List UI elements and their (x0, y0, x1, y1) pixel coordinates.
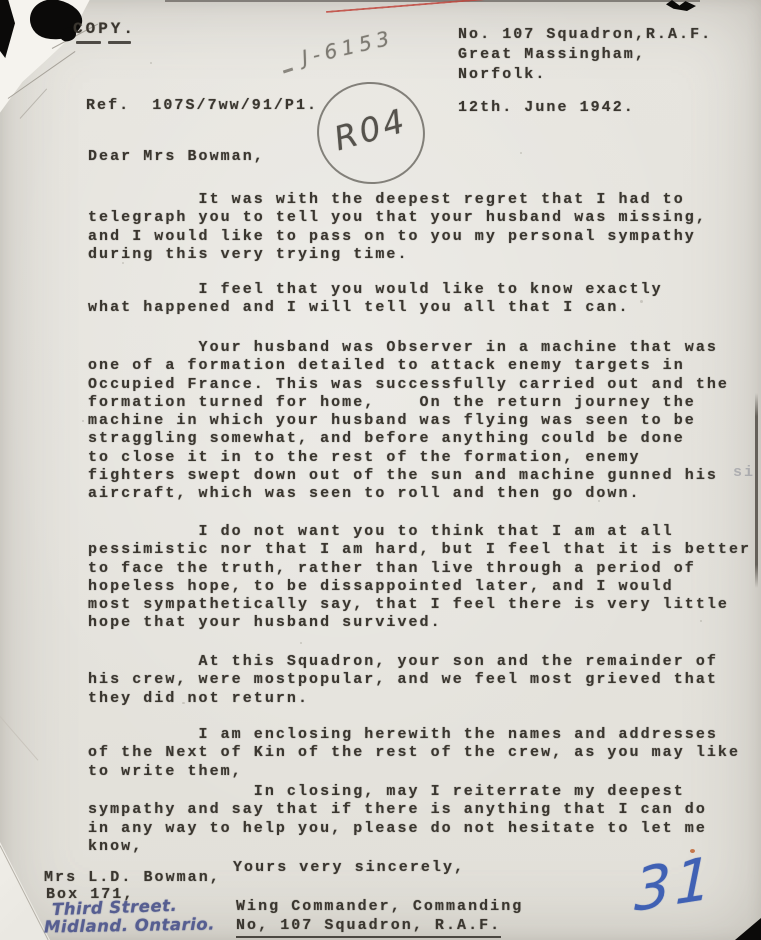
body-paragraph-7: In closing, may I reiterrate my deepest … (88, 783, 707, 856)
paper-fold (0, 842, 50, 940)
salutation: Dear Mrs Bowman, (88, 148, 265, 166)
pencil-circle-annotation: R04 (310, 75, 431, 191)
paper-speck (82, 420, 84, 422)
recipient-name: Mrs L.D. Bowman, (44, 869, 221, 887)
body-paragraph-2: I feel that you would like to know exact… (88, 281, 663, 318)
handwritten-city: Midland. Ontario. (44, 915, 215, 937)
scan-edge-shadow (755, 393, 758, 588)
body-paragraph-4: I do not want you to think that I am at … (88, 523, 751, 633)
copy-label: COPY. (73, 20, 136, 38)
body-paragraph-3: Your husband was Observer in a machine t… (88, 339, 729, 504)
copy-underline (76, 41, 101, 44)
copy-underline (108, 41, 131, 44)
ref-number: Ref. 107S/7ww/91/P1. (86, 97, 318, 115)
paper-speck (300, 642, 302, 644)
pencil-serial-annotation: J-6153 (299, 25, 396, 70)
body-paragraph-1: It was with the deepest regret that I ha… (88, 191, 707, 264)
circled-code: R04 (330, 100, 412, 158)
handwritten-page-number: 31 (634, 843, 716, 925)
letter-page: COPY. No. 107 Squadron,R.A.F. Great Mass… (0, 0, 761, 940)
closing-line: Yours very sincerely, (233, 859, 465, 877)
signature-unit: No, 107 Squadron, R.A.F. (236, 917, 501, 938)
fold-crease-line (0, 716, 38, 760)
ghost-type-mark: si (733, 464, 755, 481)
body-paragraph-6: I am enclosing herewith the names and ad… (88, 726, 740, 781)
tear-line (20, 88, 48, 118)
signature-title: Wing Commander, Commanding (236, 898, 523, 916)
letter-date: 12th. June 1942. (458, 99, 635, 117)
paper-speck (150, 62, 152, 64)
body-paragraph-5: At this Squadron, your son and the remai… (88, 653, 718, 708)
paper-speck (520, 152, 522, 154)
corner-tear-mark (735, 918, 761, 940)
unit-address: No. 107 Squadron,R.A.F. Great Massingham… (458, 25, 712, 84)
pencil-dash (283, 68, 293, 73)
